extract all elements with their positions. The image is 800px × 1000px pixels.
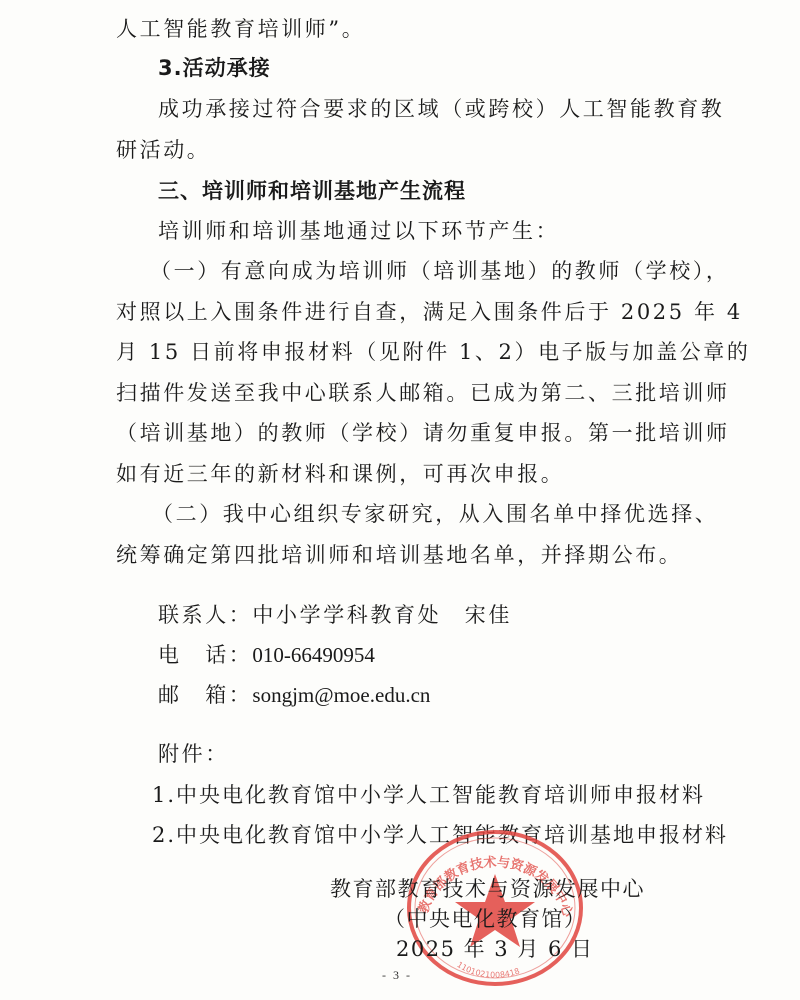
paragraph-line: 成功承接过符合要求的区域（或跨校）人工智能教育教 <box>158 94 724 124</box>
signature-date: 2025 年 3 月 6 日 <box>396 934 594 964</box>
paragraph-line: 统筹确定第四批培训师和培训基地名单，并择期公布。 <box>116 540 682 570</box>
contact-phone-value: 010-66490954 <box>252 643 375 667</box>
paragraph-line: 月 15 日前将申报材料（见附件 1、2）电子版与加盖公章的 <box>116 337 750 367</box>
paragraph-line: （一）有意向成为培训师（培训基地）的教师（学校）， <box>150 256 730 286</box>
section-title: 三、培训师和培训基地产生流程 <box>158 176 466 206</box>
contact-email-label: 邮 箱： <box>158 683 252 707</box>
attachment-item: 1.中央电化教育馆中小学人工智能教育培训师申报材料 <box>152 780 705 810</box>
signature-org: 教育部教育技术与资源发展中心 <box>330 874 645 904</box>
paragraph-line: 研活动。 <box>116 135 210 165</box>
paragraph-line: （二）我中心组织专家研究，从入围名单中择优选择、 <box>152 499 718 529</box>
contact-person-value: 中小学学科教育处 宋佳 <box>252 603 512 627</box>
contact-email-link[interactable]: songjm@moe.edu.cn <box>252 683 430 707</box>
contact-phone-label: 电 话： <box>158 643 252 667</box>
signature-org-alias: （中央电化教育馆） <box>384 904 587 934</box>
paragraph-line: （培训基地）的教师（学校）请勿重复申报。第一批培训师 <box>116 418 730 448</box>
paragraph-line: 对照以上入围条件进行自查，满足入围条件后于 2025 年 4 <box>116 297 743 327</box>
subsection-title: 3.活动承接 <box>158 53 271 83</box>
continuation-text: 人工智能教育培训师”。 <box>116 14 365 44</box>
paragraph-line: 扫描件发送至我中心联系人邮箱。已成为第二、三批培训师 <box>116 378 730 408</box>
paragraph-line: 如有近三年的新材料和课例，可再次申报。 <box>116 459 564 489</box>
contact-person-label: 联系人： <box>158 603 252 627</box>
attachments-label: 附件： <box>158 739 229 769</box>
page-number: - 3 - <box>382 968 412 983</box>
paragraph-line: 培训师和培训基地通过以下环节产生： <box>158 216 559 246</box>
